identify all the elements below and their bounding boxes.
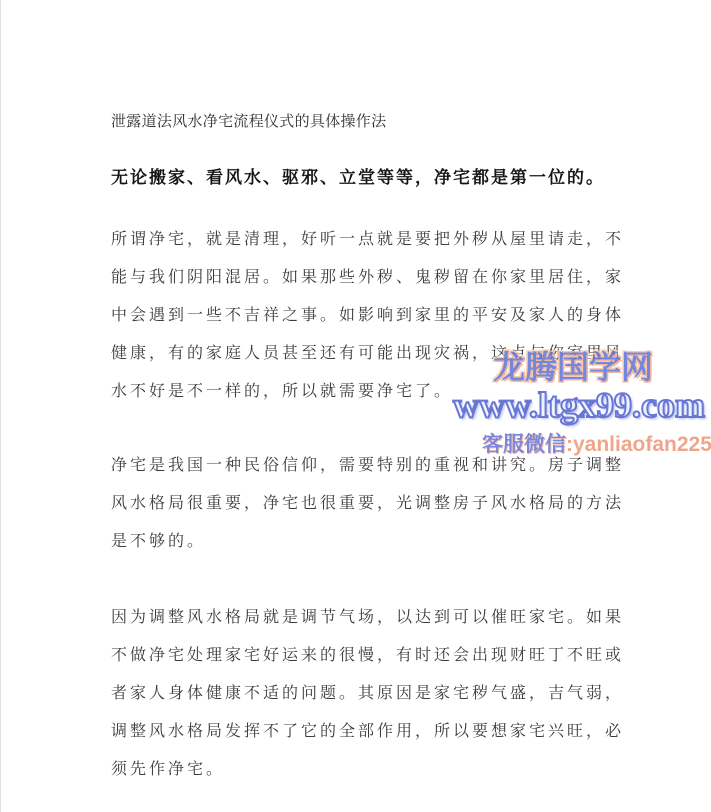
paragraph-3: 因为调整风水格局就是调节气场，以达到可以催旺家宅。如果不做净宅处理家宅好运来的很… xyxy=(111,599,627,789)
intro-heading: 无论搬家、看风水、驱邪、立堂等等，净宅都是第一位的。 xyxy=(111,163,605,188)
watermark-wechat-label: 客服微信 xyxy=(482,433,566,456)
paragraph-2: 净宅是我国一种民俗信仰，需要特别的重视和讲究。房子调整风水格局很重要，净宅也很重… xyxy=(111,447,627,561)
watermark-site-name: 龙腾国学网 xyxy=(493,342,653,388)
watermark-site-url: www.ltgx99.com xyxy=(453,384,705,426)
watermark-wechat-contact: 客服微信:yanliaofan225 xyxy=(482,428,711,458)
document-page: 泄露道法风水净宅流程仪式的具体操作法 无论搬家、看风水、驱邪、立堂等等，净宅都是… xyxy=(0,0,711,812)
watermark-wechat-id: yanliaofan225 xyxy=(573,433,711,456)
document-title: 泄露道法风水净宅流程仪式的具体操作法 xyxy=(111,110,386,131)
watermark-wechat-separator: : xyxy=(566,433,573,456)
